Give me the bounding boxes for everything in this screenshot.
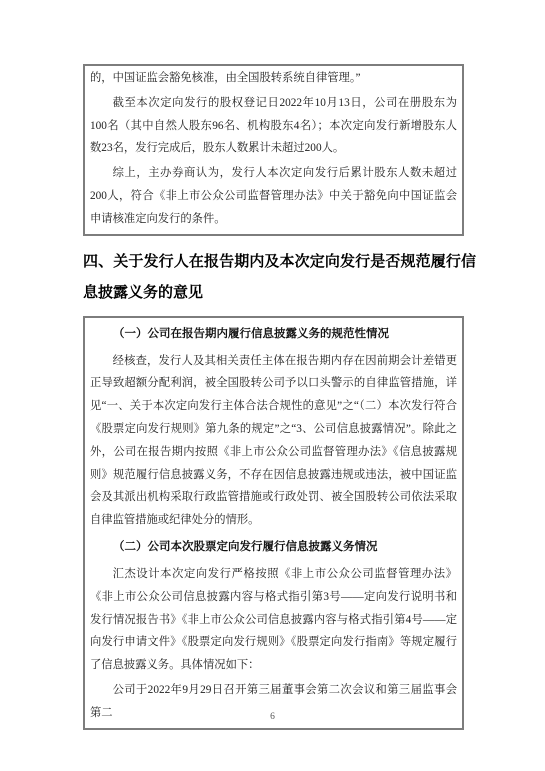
content-column: 的，中国证监会豁免核准，由全国股转系统自律管理。” 截至本次定向发行的股权登记日… bbox=[83, 64, 464, 730]
paragraph-shareholder-registry: 截至本次定向发行的股权登记日2022年10月13日，公司在册股东为100名（其中… bbox=[90, 92, 457, 160]
page-number: 6 bbox=[0, 712, 545, 722]
paragraph-disclosure-compliance: 经核查，发行人及其相关责任主体在报告期内存在因前期会计差错更正导致超额分配利润，… bbox=[90, 350, 457, 532]
paragraph-issuance-disclosure: 汇杰设计本次定向发行严格按照《非上市公众公司监督管理办法》《非上市公众公司信息披… bbox=[90, 563, 457, 677]
document-page: 的，中国证监会豁免核准，由全国股转系统自律管理。” 截至本次定向发行的股权登记日… bbox=[0, 0, 545, 771]
subsection-title-2: （二）公司本次股票定向发行履行信息披露义务情况 bbox=[90, 536, 457, 559]
quoted-block-disclosure-opinion: （一）公司在报告期内履行信息披露义务的规范性情况 经核查，发行人及其相关责任主体… bbox=[83, 316, 464, 730]
subsection-title-1: （一）公司在报告期内履行信息披露义务的规范性情况 bbox=[90, 323, 457, 346]
paragraph-sponsor-conclusion: 综上，主办券商认为，发行人本次定向发行后累计股东人数未超过200人，符合《非上市… bbox=[90, 162, 457, 230]
section-heading: 四、关于发行人在报告期内及本次定向发行是否规范履行信息披露义务的意见 bbox=[83, 246, 476, 308]
quoted-block-shareholder-count: 的，中国证监会豁免核准，由全国股转系统自律管理。” 截至本次定向发行的股权登记日… bbox=[83, 64, 464, 236]
paragraph-continuation: 的，中国证监会豁免核准，由全国股转系统自律管理。” bbox=[90, 67, 457, 90]
